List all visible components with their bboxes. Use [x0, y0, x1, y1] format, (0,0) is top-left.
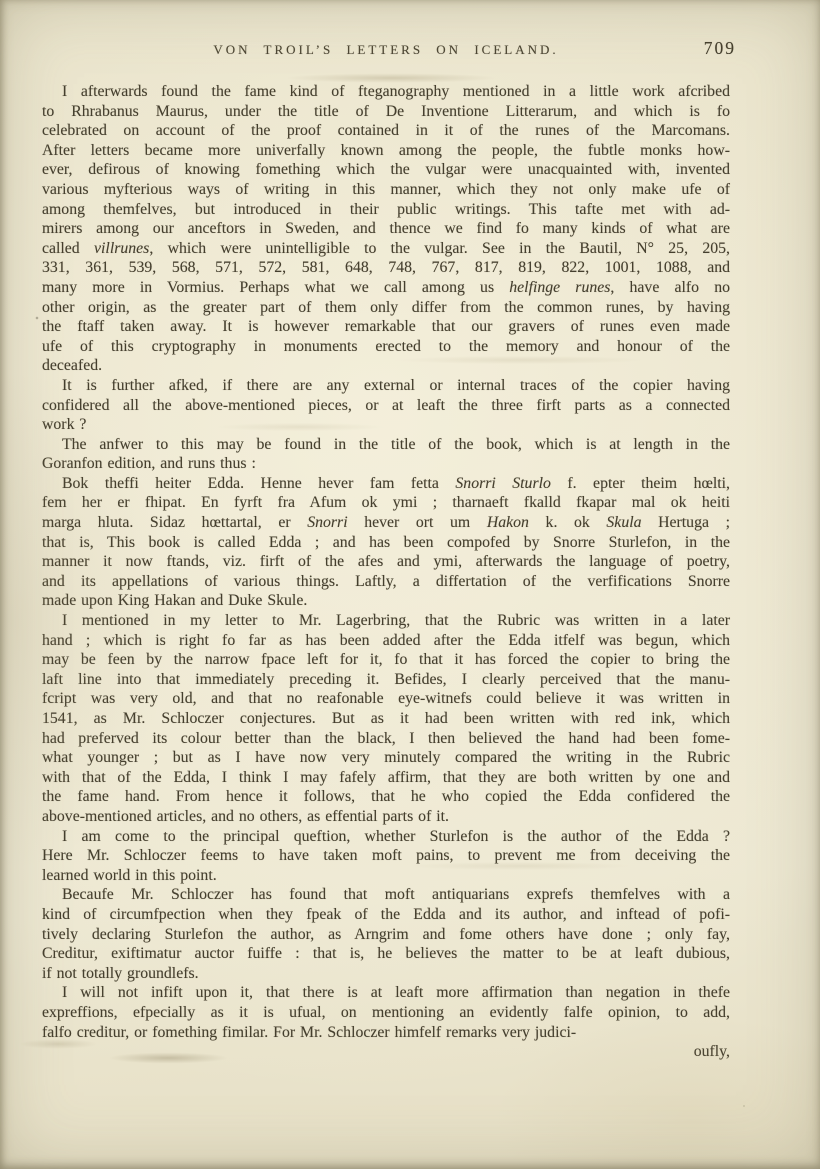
text-line: 331, 361, 539, 568, 571, 572, 581, 648, … [42, 258, 730, 278]
text-line: with that of the Edda, I think I may faf… [42, 768, 730, 788]
text-line: expreffions, efpecially as it is ufual, … [42, 1003, 730, 1023]
text-block: I afterwards found the fame kind of fteg… [42, 82, 730, 1062]
paragraph: Bok theffi heiter Edda. Henne hever fam … [42, 474, 730, 611]
text-line: fem her er fhipat. En fyrft fra Afum ok … [42, 493, 730, 513]
text-line: confidered all the above-mentioned piece… [42, 396, 730, 416]
text-line: hand ; which is right fo far as has been… [42, 631, 730, 651]
paragraph: The anfwer to this may be found in the t… [42, 435, 730, 474]
text-line: fcript was very old, and that no reafona… [42, 689, 730, 709]
text-line: ufe of this cryptography in monuments er… [42, 337, 730, 357]
text-line: After letters became more univerfally kn… [42, 141, 730, 161]
text-line: I mentioned in my letter to Mr. Lagerbri… [42, 611, 730, 631]
page-number: 709 [704, 38, 736, 59]
text-line: I will not infift upon it, that there is… [42, 983, 730, 1003]
text-line: made upon King Hakan and Duke Skule. [42, 591, 730, 611]
text-line: many more in Vormius. Perhaps what we ca… [42, 278, 730, 298]
text-line: various myfterious ways of writing in th… [42, 180, 730, 200]
text-line: other origin, as the greater part of the… [42, 298, 730, 318]
text-line: learned world in this point. [42, 866, 730, 886]
text-line: called villrunes, which were unintelligi… [42, 239, 730, 259]
book-page: VON TROIL’S LETTERS ON ICELAND. 709 I af… [0, 0, 820, 1169]
text-line: tively declaring Sturlefon the author, a… [42, 925, 730, 945]
text-line: ever, defirous of knowing fomething whic… [42, 160, 730, 180]
body-text: I afterwards found the fame kind of fteg… [42, 82, 730, 1042]
running-title: VON TROIL’S LETTERS ON ICELAND. [42, 42, 730, 58]
text-line: the fame hand. From hence it follows, th… [42, 787, 730, 807]
text-line: falfo creditur, or fomething fimilar. Fo… [42, 1023, 730, 1043]
paragraph: It is further afked, if there are any ex… [42, 376, 730, 435]
text-line: Bok theffi heiter Edda. Henne hever fam … [42, 474, 730, 494]
text-line: Here Mr. Schloczer feems to have taken m… [42, 846, 730, 866]
paragraph: I afterwards found the fame kind of fteg… [42, 82, 730, 376]
text-line: and its appellations of various things. … [42, 572, 730, 592]
catchword: oufly, [42, 1042, 730, 1062]
paragraph: I mentioned in my letter to Mr. Lagerbri… [42, 611, 730, 827]
text-line: what younger ; but as I have now very mi… [42, 748, 730, 768]
text-line: among themfelves, but introduced in thei… [42, 200, 730, 220]
text-line: I am come to the principal queftion, whe… [42, 827, 730, 847]
text-line: Creditur, exiftimatur auctor fuiffe : th… [42, 944, 730, 964]
text-line: mirers among our anceftors in Sweden, an… [42, 219, 730, 239]
text-line: may be feen by the narrow fpace left for… [42, 650, 730, 670]
text-line: work ? [42, 415, 730, 435]
text-line: deceafed. [42, 356, 730, 376]
text-line: celebrated on account of the proof conta… [42, 121, 730, 141]
text-line: had preferved its colour better than the… [42, 729, 730, 749]
text-line: to Rhrabanus Maurus, under the title of … [42, 102, 730, 122]
text-line: the ftaff taken away. It is however rema… [42, 317, 730, 337]
text-line: that is, This book is called Edda ; and … [42, 533, 730, 553]
text-line: laft line into that immediately precedin… [42, 670, 730, 690]
running-header: VON TROIL’S LETTERS ON ICELAND. 709 [42, 42, 730, 64]
paragraph: I will not infift upon it, that there is… [42, 983, 730, 1042]
text-line: above-mentioned articles, and no others,… [42, 807, 730, 827]
text-line: The anfwer to this may be found in the t… [42, 435, 730, 455]
text-line: kind of circumfpection when they fpeak o… [42, 905, 730, 925]
text-line: 1541, as Mr. Schloczer conjectures. But … [42, 709, 730, 729]
text-line: Goranfon edition, and runs thus : [42, 454, 730, 474]
text-line: Becaufe Mr. Schloczer has found that mof… [42, 885, 730, 905]
text-line: manner it now ftands, viz. firft of the … [42, 552, 730, 572]
text-line: I afterwards found the fame kind of fteg… [42, 82, 730, 102]
text-line: It is further afked, if there are any ex… [42, 376, 730, 396]
paragraph: I am come to the principal queftion, whe… [42, 827, 730, 886]
paragraph: Becaufe Mr. Schloczer has found that mof… [42, 885, 730, 983]
text-line: marga hluta. Sidaz hœttartal, er Snorri … [42, 513, 730, 533]
text-line: if not totally groundlefs. [42, 964, 730, 984]
